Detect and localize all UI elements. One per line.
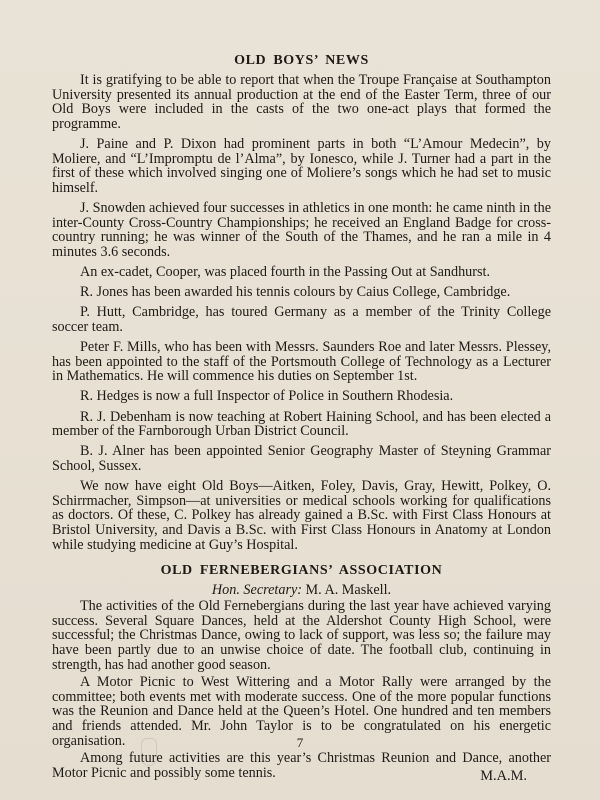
paragraph: J. Snowden achieved four successes in at… bbox=[52, 201, 551, 259]
paragraph: Among future activities are this year’s … bbox=[52, 751, 551, 780]
paragraph: R. Jones has been awarded his tennis col… bbox=[52, 285, 551, 300]
paragraph: P. Hutt, Cambridge, has toured Germany a… bbox=[52, 305, 551, 334]
hon-secretary-name: M. A. Maskell. bbox=[302, 582, 391, 598]
section-heading-old-boys-news: OLD BOYS’ NEWS bbox=[52, 53, 551, 69]
closing-paragraph-block: Among future activities are this year’s … bbox=[52, 751, 551, 780]
paragraph: The activities of the Old Fernebergians … bbox=[52, 599, 551, 672]
paragraph: R. J. Debenham is now teaching at Robert… bbox=[52, 410, 551, 439]
document-page: OLD BOYS’ NEWS It is gratifying to be ab… bbox=[0, 0, 600, 800]
hon-secretary-label: Hon. Secretary: bbox=[212, 582, 302, 598]
signature: M.A.M. bbox=[480, 769, 527, 784]
paragraph: We now have eight Old Boys—Aitken, Foley… bbox=[52, 479, 551, 552]
section-heading-old-fernebergians-association: OLD FERNEBERGIANS’ ASSOCIATION bbox=[52, 563, 551, 579]
paragraph: R. Hedges is now a full Inspector of Pol… bbox=[52, 389, 551, 404]
page-number: 7 bbox=[0, 735, 600, 751]
hon-secretary-line: Hon. Secretary: M. A. Maskell. bbox=[52, 582, 551, 598]
paragraph: J. Paine and P. Dixon had prominent part… bbox=[52, 137, 551, 195]
page-content: OLD BOYS’ NEWS It is gratifying to be ab… bbox=[52, 53, 551, 783]
paragraph: Peter F. Mills, who has been with Messrs… bbox=[52, 340, 551, 384]
paragraph: It is gratifying to be able to report th… bbox=[52, 73, 551, 131]
paragraph: An ex-cadet, Cooper, was placed fourth i… bbox=[52, 265, 551, 280]
paragraph: B. J. Alner has been appointed Senior Ge… bbox=[52, 444, 551, 473]
